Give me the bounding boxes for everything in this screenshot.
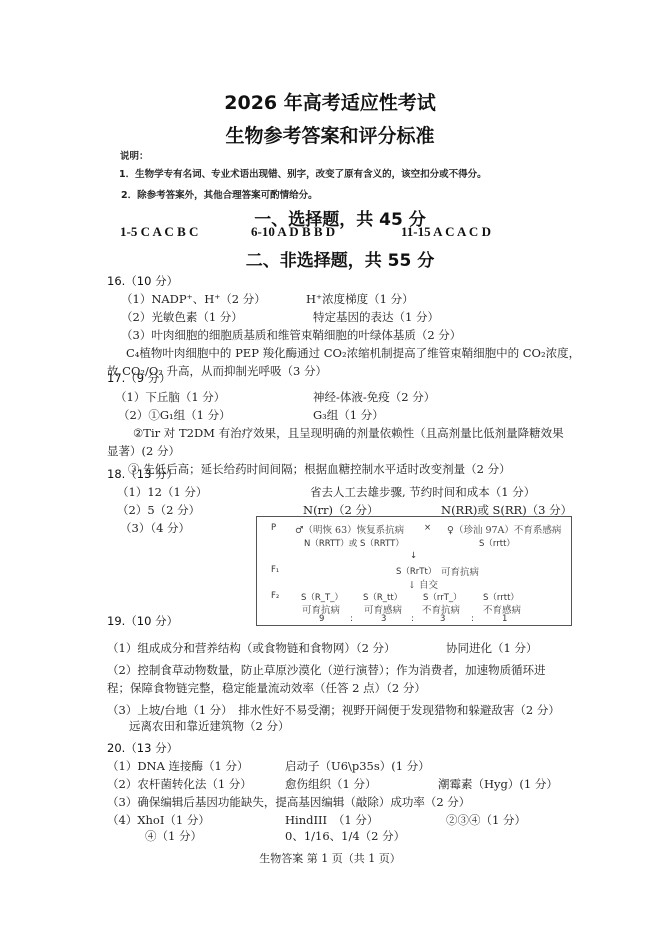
page-footer: 生物答案 第 1 页（共 1 页） <box>0 850 660 866</box>
mc-answers-1-5: 1-5 C A C B C <box>120 224 198 240</box>
q17-answer-2b: G₃组（1 分） <box>313 407 384 423</box>
q20-answer-5b: 0、1/16、1/4（2 分） <box>285 828 405 844</box>
q20-answer-2a: （2）农杆菌转化法（1 分） <box>107 776 252 792</box>
q20-answer-5a: ④（1 分） <box>145 828 202 844</box>
mc-answers-6-10: 6-10 A D B B D <box>251 224 335 240</box>
q17-answer-2a: （2）①G₁组（1 分） <box>118 407 231 423</box>
q20-answer-1b: 启动子（U6\p35s）(1 分） <box>285 758 430 774</box>
q20-answer-2c: 潮霉素（Hyg）(1 分） <box>438 776 558 792</box>
q16-answer-1b: H⁺浓度梯度（1 分） <box>306 291 414 307</box>
q20-answer-3: （3）确保编辑后基因功能缺失，提高基因编辑（敲除）成功率（2 分） <box>107 794 470 810</box>
mc-letters: C A C B C <box>141 224 199 239</box>
q19-heading: 19.（10 分） <box>107 613 178 629</box>
q18-answer-1b: 省去人工去雄步骤, 节约时间和成本（1 分） <box>310 484 535 500</box>
q20-answer-2b: 愈伤组织（1 分） <box>285 776 376 792</box>
mc-range: 6-10 <box>251 224 275 239</box>
q17-answer-2c-1: ②Tir 对 T2DM 有治疗效果，且呈现明确的剂量依赖性（且高剂量比低剂量降糖… <box>133 425 564 441</box>
mc-letters: A C A C D <box>433 224 491 239</box>
note-item-1: 1．生物学专有名词、专业术语出现错、别字，改变了原有含义的，该空扣分或不得分。 <box>119 166 487 180</box>
cross-female-parent: ♀（珍汕 97A）不育系感病 <box>447 522 561 536</box>
cross-f1-phenotype: 可育抗病 <box>441 564 479 578</box>
note-item-2: 2．除参考答案外，其他合理答案可酌情给分。 <box>121 187 318 201</box>
q19-answer-1b: 协同进化（1 分） <box>446 640 537 656</box>
q20-answer-1a: （1）DNA 连接酶（1 分） <box>107 758 249 774</box>
cross-times-symbol: × <box>424 523 431 533</box>
cross-selfing-arrow: ↓ 自交 <box>408 577 438 591</box>
q16-answer-2a: （2）光敏色素（1 分） <box>121 309 243 325</box>
cross-f1-genotype: S（RrTt） <box>396 565 436 577</box>
cross-ratio-colon: : <box>350 614 353 624</box>
cross-ratio-colon: : <box>471 614 474 624</box>
cross-arrow-down-icon: ↓ <box>410 551 417 561</box>
q19-answer-3-1: （3）上坡/台地（1 分） 排水性好不易受潮；视野开阔便于发现猎物和躲避敌害（2… <box>107 702 560 718</box>
cross-male-parent: ♂（明恢 63）恢复系抗病 <box>295 522 404 536</box>
genetic-cross-diagram: P ♂（明恢 63）恢复系抗病 × ♀（珍汕 97A）不育系感病 N（RRTT）… <box>256 516 572 626</box>
cross-f2-ratio-4: 1 <box>502 614 507 624</box>
cross-male-genotype: N（RRTT）或 S（RRTT） <box>304 537 404 549</box>
q18-answer-1a: （1）12（1 分） <box>117 484 207 500</box>
q18-answer-3: （3）（4 分） <box>120 520 190 536</box>
cross-f1-label: F₁ <box>271 565 279 575</box>
q16-answer-3-explanation-1: C₄植物叶肉细胞中的 PEP 羧化酶通过 CO₂浓缩机制提高了维管束鞘细胞中的 … <box>126 345 580 361</box>
mc-letters: A D B B D <box>277 224 335 239</box>
q19-answer-2-1: （2）控制食草动物数量，防止草原沙漠化（逆行演替）；作为消费者，加速物质循环进 <box>107 662 546 678</box>
q18-answer-2a: （2）5（2 分） <box>117 502 200 518</box>
q17-answer-3: ③ 先低后高；延长给药时间间隔；根据血糖控制水平适时改变剂量（2 分） <box>128 461 511 477</box>
q16-answer-2b: 特定基因的表达（1 分） <box>313 309 439 325</box>
q19-answer-3-2: 远离农田和靠近建筑物（2 分） <box>129 718 289 734</box>
q17-answer-1a: （1）下丘脑（1 分） <box>115 389 225 405</box>
q16-answer-1a: （1）NADP⁺、H⁺（2 分） <box>121 291 266 307</box>
mc-answers-11-15: 11-15 A C A C D <box>401 224 491 240</box>
cross-f2-label: F₂ <box>271 591 279 601</box>
cross-f2-ratio-2: 3 <box>381 614 386 624</box>
cross-female-genotype: S（rrtt） <box>479 537 515 549</box>
document-title: 2026 年高考适应性考试 <box>0 88 660 115</box>
mc-range: 1-5 <box>120 224 137 239</box>
q20-answer-4b: HindIII （1 分） <box>285 812 378 828</box>
q16-answer-3: （3）叶肉细胞的细胞质基质和维管束鞘细胞的叶绿体基质（2 分） <box>121 327 461 343</box>
mc-range: 11-15 <box>401 224 431 239</box>
q20-heading: 20.（13 分） <box>107 740 178 756</box>
cross-f2-ratio-3: 3 <box>440 614 445 624</box>
q17-answer-1b: 神经-体液-免疫（2 分） <box>313 389 435 405</box>
q20-answer-4a: （4）XhoI（1 分） <box>107 812 210 828</box>
q20-answer-4c: ②③④（1 分） <box>446 812 526 828</box>
q19-answer-1a: （1）组成成分和营养结构（或食物链和食物网）（2 分） <box>107 640 396 656</box>
q17-answer-2c-2: 显著）(2 分） <box>107 443 180 459</box>
notes-label: 说明： <box>120 148 149 162</box>
section-non-choice-title: 二、非选择题，共 55 分 <box>0 246 660 271</box>
q19-answer-2-2: 程；保障食物链完整，稳定能量流动效率（任答 2 点）（2 分） <box>107 680 426 696</box>
cross-p-label: P <box>271 523 276 533</box>
q16-heading: 16.（10 分） <box>107 273 178 289</box>
document-subtitle: 生物参考答案和评分标准 <box>0 121 660 148</box>
cross-ratio-colon: : <box>411 614 414 624</box>
q18-heading: 18.（13 分） <box>107 466 178 482</box>
q17-heading: 17.（9 分） <box>107 370 171 386</box>
cross-f2-ratio-1: 9 <box>319 614 324 624</box>
